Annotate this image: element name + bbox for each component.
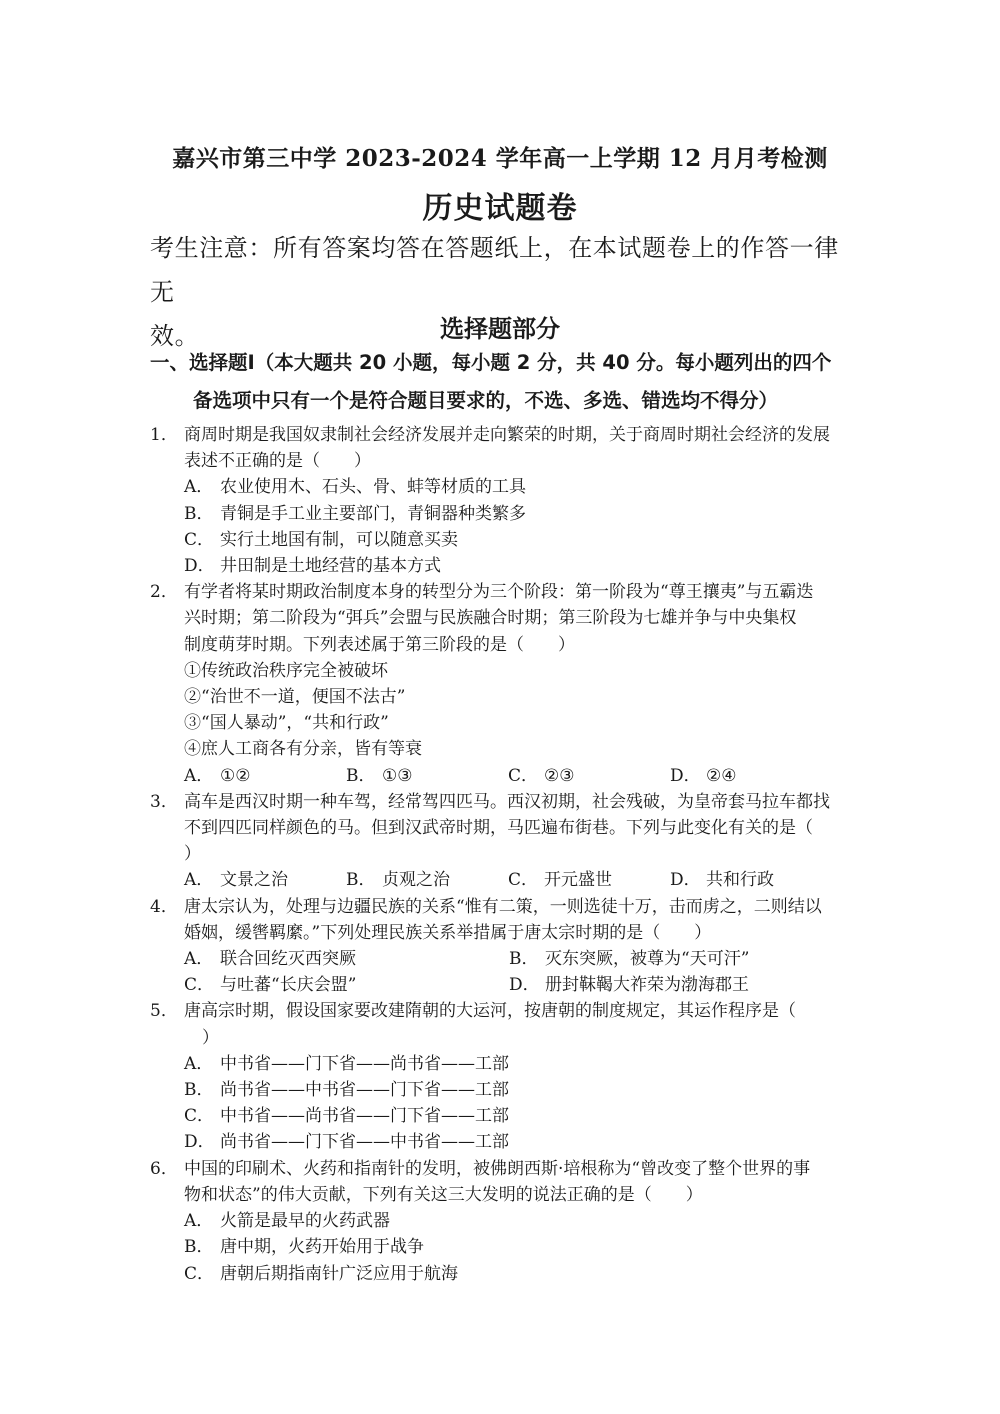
question-stem: 不到四匹同样颜色的马。但到汉武帝时期，马匹遍布街巷。下列与此变化有关的是（	[150, 815, 862, 841]
question-stem: 兴时期；第二阶段为“弭兵”会盟与民族融合时期；第三阶段为七雄并争与中央集权	[150, 605, 862, 631]
question-number: 6．	[150, 1156, 184, 1182]
option-c: C．中书省——尚书省——门下省——工部	[150, 1103, 862, 1129]
question-stem: 中国的印刷术、火药和指南针的发明，被佛朗西斯·培根称为“曾改变了整个世界的事	[184, 1159, 810, 1179]
option-c: C．②③	[508, 763, 670, 789]
option-b: B．青铜是手工业主要部门，青铜器种类繁多	[150, 501, 862, 527]
option-b: B．唐中期，火药开始用于战争	[150, 1234, 862, 1260]
question-stem: 婚姻，缓辔羁縻。”下列处理民族关系举措属于唐太宗时期的是（ ）	[150, 920, 862, 946]
question-1: 1．商周时期是我国奴隶制社会经济发展并走向繁荣的时期，关于商周时期社会经济的发展…	[150, 422, 862, 579]
question-stem: 制度萌芽时期。下列表述属于第三阶段的是（ ）	[150, 632, 862, 658]
section-title: 选择题部分	[0, 309, 1000, 344]
option-a: A．农业使用木、石头、骨、蚌等材质的工具	[150, 474, 862, 500]
question-stem: 物和状态”的伟大贡献，下列有关这三大发明的说法正确的是（ ）	[150, 1182, 862, 1208]
statement-2: ②“治世不一道，便国不法古”	[150, 684, 862, 710]
option-b: B．灭东突厥，被尊为“天可汗”	[509, 946, 834, 972]
option-a: A．中书省——门下省——尚书省——工部	[150, 1051, 862, 1077]
question-stem: 商周时期是我国奴隶制社会经济发展并走向繁荣的时期，关于商周时期社会经济的发展	[184, 425, 830, 445]
part-heading-continued: 备选项中只有一个是符合题目要求的，不选、多选、错选均不得分）	[193, 383, 903, 419]
option-c: C．唐朝后期指南针广泛应用于航海	[150, 1261, 862, 1287]
question-2: 2．有学者将某时期政治制度本身的转型分为三个阶段：第一阶段为“尊王攘夷”与五霸迭…	[150, 579, 862, 789]
option-a: A．火箭是最早的火药武器	[150, 1208, 862, 1234]
option-b: B．贞观之治	[346, 867, 508, 893]
option-a: A．文景之治	[184, 867, 346, 893]
question-stem: 唐高宗时期，假设国家要改建隋朝的大运河，按唐朝的制度规定，其运作程序是（	[184, 1001, 796, 1021]
options-row: A．①② B．①③ C．②③ D．②④	[150, 763, 862, 789]
option-a: A．①②	[184, 763, 346, 789]
statement-1: ①传统政治秩序完全被破坏	[150, 658, 862, 684]
question-stem: ）	[150, 1025, 862, 1051]
statement-4: ④庶人工商各有分亲，皆有等衰	[150, 736, 862, 762]
question-number: 2．	[150, 579, 184, 605]
question-4: 4．唐太宗认为，处理与边疆民族的关系“惟有二策，一则选徒十万，击而虏之，二则结以…	[150, 894, 862, 999]
notice-line: 考生注意：所有答案均答在答题纸上，在本试题卷上的作答一律无	[150, 226, 860, 314]
option-d: D．册封靺鞨大祚荣为渤海郡王	[509, 972, 834, 998]
option-c: C．实行土地国有制，可以随意买卖	[150, 527, 862, 553]
question-number: 1．	[150, 422, 184, 448]
exam-subject-title: 历史试题卷	[0, 183, 1000, 227]
question-list: 1．商周时期是我国奴隶制社会经济发展并走向繁荣的时期，关于商周时期社会经济的发展…	[150, 422, 862, 1287]
question-stem: 表述不正确的是（ ）	[150, 448, 862, 474]
options-row: A．文景之治 B．贞观之治 C．开元盛世 D．共和行政	[150, 867, 862, 893]
options-row: A．联合回纥灭西突厥 B．灭东突厥，被尊为“天可汗”	[150, 946, 862, 972]
statement-3: ③“国人暴动”，“共和行政”	[150, 710, 862, 736]
option-d: D．共和行政	[670, 867, 832, 893]
option-a: A．联合回纥灭西突厥	[184, 946, 509, 972]
option-c: C．开元盛世	[508, 867, 670, 893]
options-row: C．与吐蕃“长庆会盟” D．册封靺鞨大祚荣为渤海郡王	[150, 972, 862, 998]
exam-title: 嘉兴市第三中学 2023-2024 学年高一上学期 12 月月考检测	[0, 140, 1000, 173]
option-d: D．尚书省——门下省——中书省——工部	[150, 1129, 862, 1155]
exam-page: 嘉兴市第三中学 2023-2024 学年高一上学期 12 月月考检测 历史试题卷…	[0, 0, 1000, 1414]
part-heading: 一、选择题Ⅰ（本大题共 20 小题，每小题 2 分，共 40 分。每小题列出的四…	[150, 345, 860, 381]
option-b: B．尚书省——中书省——门下省——工部	[150, 1077, 862, 1103]
option-c: C．与吐蕃“长庆会盟”	[184, 972, 509, 998]
question-stem: 高车是西汉时期一种车驾，经常驾四匹马。西汉初期，社会残破，为皇帝套马拉车都找	[184, 792, 830, 812]
question-3: 3．高车是西汉时期一种车驾，经常驾四匹马。西汉初期，社会残破，为皇帝套马拉车都找…	[150, 789, 862, 894]
question-stem: ）	[150, 841, 862, 867]
question-number: 3．	[150, 789, 184, 815]
question-6: 6．中国的印刷术、火药和指南针的发明，被佛朗西斯·培根称为“曾改变了整个世界的事…	[150, 1156, 862, 1287]
question-number: 4．	[150, 894, 184, 920]
option-b: B．①③	[346, 763, 508, 789]
question-number: 5．	[150, 998, 184, 1024]
question-5: 5．唐高宗时期，假设国家要改建隋朝的大运河，按唐朝的制度规定，其运作程序是（ ）…	[150, 998, 862, 1155]
option-d: D．井田制是土地经营的基本方式	[150, 553, 862, 579]
question-stem: 有学者将某时期政治制度本身的转型分为三个阶段：第一阶段为“尊王攘夷”与五霸迭	[184, 582, 813, 602]
option-d: D．②④	[670, 763, 832, 789]
question-stem: 唐太宗认为，处理与边疆民族的关系“惟有二策，一则选徒十万，击而虏之，二则结以	[184, 897, 822, 917]
